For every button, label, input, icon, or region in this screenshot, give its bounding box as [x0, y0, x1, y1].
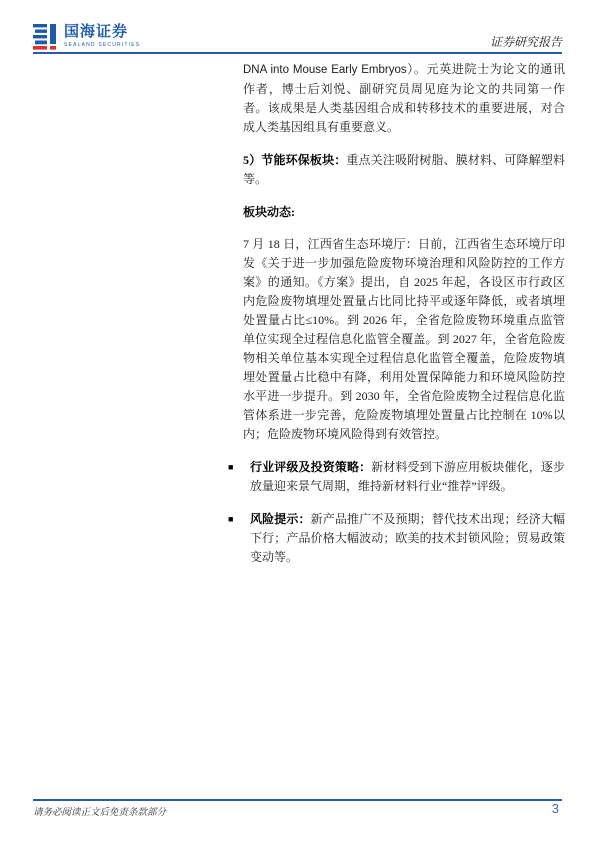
report-type-label: 证券研究报告: [490, 33, 562, 50]
bullet-item-risk-body: 风险提示：新产品推广不及预期；替代技术出现；经济大幅下行；产品价格大幅波动；欧美…: [250, 510, 565, 567]
sealand-logo-icon: [33, 23, 59, 50]
section-heading-sector-dynamics: 板块动态:: [243, 203, 565, 222]
list-item-5-label: 5）节能环保板块：: [243, 153, 346, 167]
body-content: DNA into Mouse Early Embryos）。元英进院士为论文的通…: [243, 60, 565, 581]
footer-rule: [33, 799, 562, 801]
bullet-rating-label: 行业评级及投资策略：: [250, 460, 371, 474]
bullet-risk-label: 风险提示：: [250, 512, 311, 526]
paragraph-sector-news: 7 月 18 日，江西省生态环境厅：日前，江西省生态环境厅印发《关于进一步加强危…: [243, 235, 565, 444]
page-number: 3: [552, 801, 559, 816]
paragraph-continuation: DNA into Mouse Early Embryos）。元英进院士为论文的通…: [243, 60, 565, 137]
bullet-item-rating: ■ 行业评级及投资策略：新材料受到下游应用板块催化，逐步放量迎来景气周期，维持新…: [228, 458, 565, 496]
logo-company-name: 国海证券: [64, 23, 140, 40]
report-page: 国海证券 SEALAND SECURITIES 证券研究报告 DNA into …: [0, 0, 595, 841]
bullet-item-rating-body: 行业评级及投资策略：新材料受到下游应用板块催化，逐步放量迎来景气周期，维持新材料…: [250, 458, 565, 496]
bullet-item-risk: ■ 风险提示：新产品推广不及预期；替代技术出现；经济大幅下行；产品价格大幅波动；…: [228, 510, 565, 567]
company-logo: 国海证券 SEALAND SECURITIES: [33, 23, 140, 50]
list-item-5: 5）节能环保板块：重点关注吸附树脂、膜材料、可降解塑料等。: [243, 151, 565, 189]
paragraph-latin-fragment: DNA into Mouse Early Embryos: [243, 64, 407, 76]
header-rule: [33, 52, 562, 54]
bullet-square-icon: ■: [228, 458, 250, 496]
footer-disclaimer: 请务必阅读正文后免责条款部分: [33, 804, 166, 818]
logo-company-subname: SEALAND SECURITIES: [64, 42, 140, 48]
bullet-square-icon: ■: [228, 510, 250, 567]
